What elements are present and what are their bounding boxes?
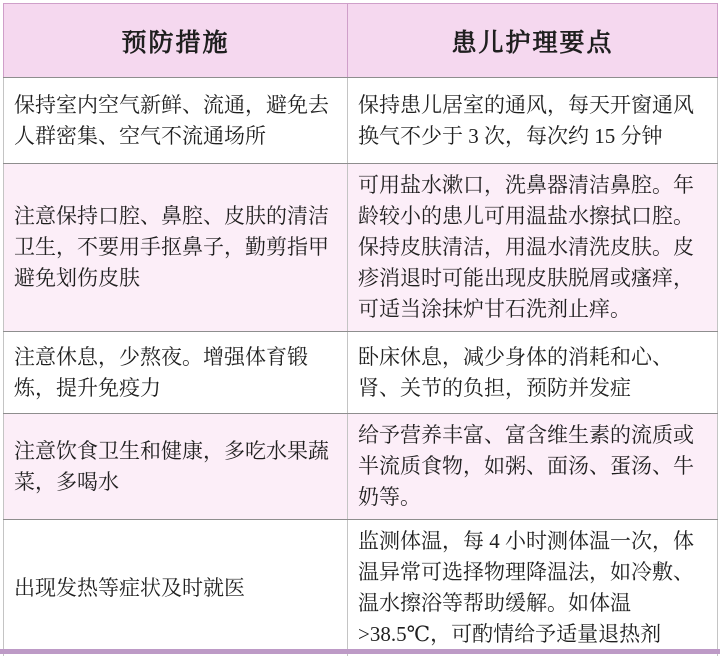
table-row: 出现发热等症状及时就医 监测体温，每 4 小时测体温一次，体温异常可选择物理降温…: [4, 520, 718, 656]
table-row: 注意饮食卫生和健康，多吃水果蔬菜，多喝水 给予营养丰富、富含维生素的流质或半流质…: [4, 414, 718, 520]
cell-prevention-row4: 注意饮食卫生和健康，多吃水果蔬菜，多喝水: [4, 414, 348, 520]
care-table-page: 预防措施 患儿护理要点 保持室内空气新鲜、流通，避免去人群密集、空气不流通场所 …: [0, 0, 720, 656]
cell-care-row5: 监测体温，每 4 小时测体温一次，体温异常可选择物理降温法，如冷敷、温水擦浴等帮…: [348, 520, 718, 656]
header-care: 患儿护理要点: [348, 4, 718, 78]
bottom-accent-bar: [0, 649, 720, 654]
header-row: 预防措施 患儿护理要点: [4, 4, 718, 78]
table-row: 保持室内空气新鲜、流通，避免去人群密集、空气不流通场所 保持患儿居室的通风，每天…: [4, 78, 718, 164]
table-row: 注意保持口腔、鼻腔、皮肤的清洁卫生，不要用手抠鼻子，勤剪指甲避免划伤皮肤 可用盐…: [4, 164, 718, 332]
cell-prevention-row5: 出现发热等症状及时就医: [4, 520, 348, 656]
table-row: 注意休息，少熬夜。增强体育锻炼，提升免疫力 卧床休息，减少身体的消耗和心、肾、关…: [4, 332, 718, 414]
header-prevention: 预防措施: [4, 4, 348, 78]
cell-care-row3: 卧床休息，减少身体的消耗和心、肾、关节的负担，预防并发症: [348, 332, 718, 414]
cell-care-row1: 保持患儿居室的通风，每天开窗通风换气不少于 3 次，每次约 15 分钟: [348, 78, 718, 164]
cell-prevention-row3: 注意休息，少熬夜。增强体育锻炼，提升免疫力: [4, 332, 348, 414]
cell-care-row4: 给予营养丰富、富含维生素的流质或半流质食物，如粥、面汤、蛋汤、牛奶等。: [348, 414, 718, 520]
prevention-care-table: 预防措施 患儿护理要点 保持室内空气新鲜、流通，避免去人群密集、空气不流通场所 …: [3, 3, 718, 656]
cell-prevention-row2: 注意保持口腔、鼻腔、皮肤的清洁卫生，不要用手抠鼻子，勤剪指甲避免划伤皮肤: [4, 164, 348, 332]
cell-care-row2: 可用盐水漱口，洗鼻器清洁鼻腔。年龄较小的患儿可用温盐水擦拭口腔。保持皮肤清洁，用…: [348, 164, 718, 332]
cell-prevention-row1: 保持室内空气新鲜、流通，避免去人群密集、空气不流通场所: [4, 78, 348, 164]
